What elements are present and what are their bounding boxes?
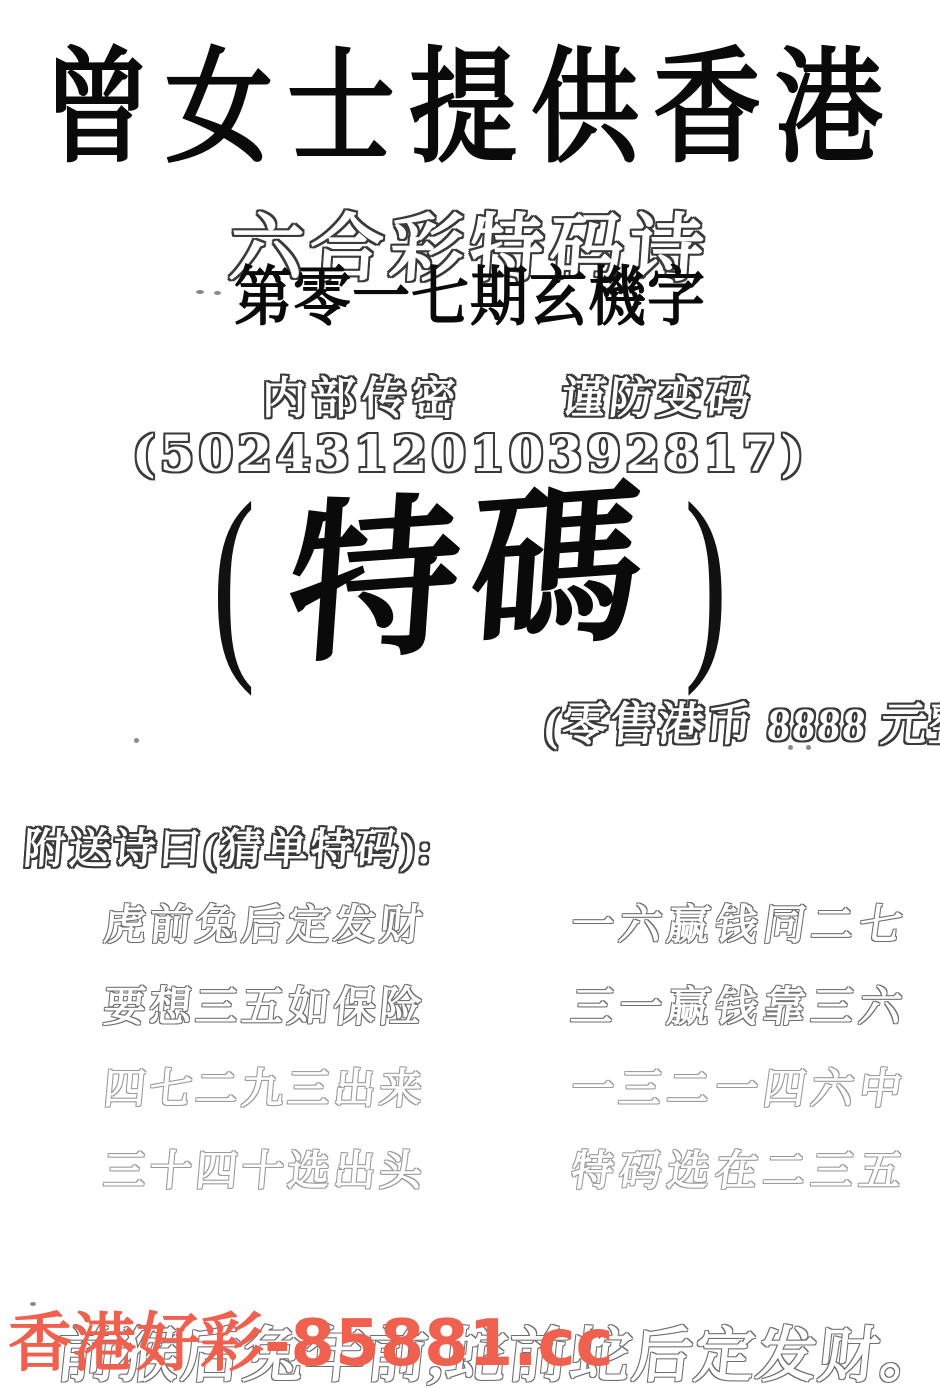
secret-note-right: 谨防变码: [559, 362, 758, 426]
scan-artifact: [806, 745, 811, 750]
scan-artifact: [788, 745, 793, 750]
poem-line-left-1: 虎前兔后定发财: [101, 892, 428, 952]
special-code-text: 特碼: [282, 478, 657, 677]
special-code-banner: ( 特碼 ): [0, 462, 940, 692]
issue-heading: 第零一七期玄機字: [0, 244, 940, 338]
poem-line-right-1: 一六赢钱同二七: [568, 892, 912, 952]
scan-artifact: [134, 738, 139, 743]
scanned-lottery-flyer: 曾女士提供香港 六合彩特码诗 第零一七期玄機字 内部传密 谨防变码 (50243…: [0, 0, 940, 1388]
poem-intro: 附送诗曰(猜单特码):: [22, 816, 437, 876]
poem-line-left-4: 三十四十选出头: [101, 1138, 428, 1198]
special-code-close-paren: ): [684, 470, 727, 685]
site-watermark: 香港好彩-85881.cc: [8, 1292, 613, 1384]
poem-line-left-2: 要想三五如保险: [101, 974, 428, 1034]
special-code-open-paren: (: [213, 470, 256, 685]
price-note: (零售港币 8888 元整): [542, 688, 940, 754]
poem-line-left-3: 四七二九三出来: [101, 1056, 428, 1116]
provider-title: 曾女士提供香港: [0, 8, 940, 186]
scan-artifact: [196, 290, 204, 294]
scan-artifact: [30, 1302, 36, 1306]
poem-line-right-4: 特码选在二三五: [568, 1138, 912, 1198]
secret-note-left: 内部传密: [262, 362, 462, 426]
scan-artifact: [214, 291, 221, 295]
secret-note-row: 内部传密 谨防变码: [0, 362, 940, 422]
poem-line-right-2: 三一赢钱靠三六: [568, 974, 912, 1034]
poem-line-right-3: 一三二一四六中: [568, 1056, 912, 1116]
